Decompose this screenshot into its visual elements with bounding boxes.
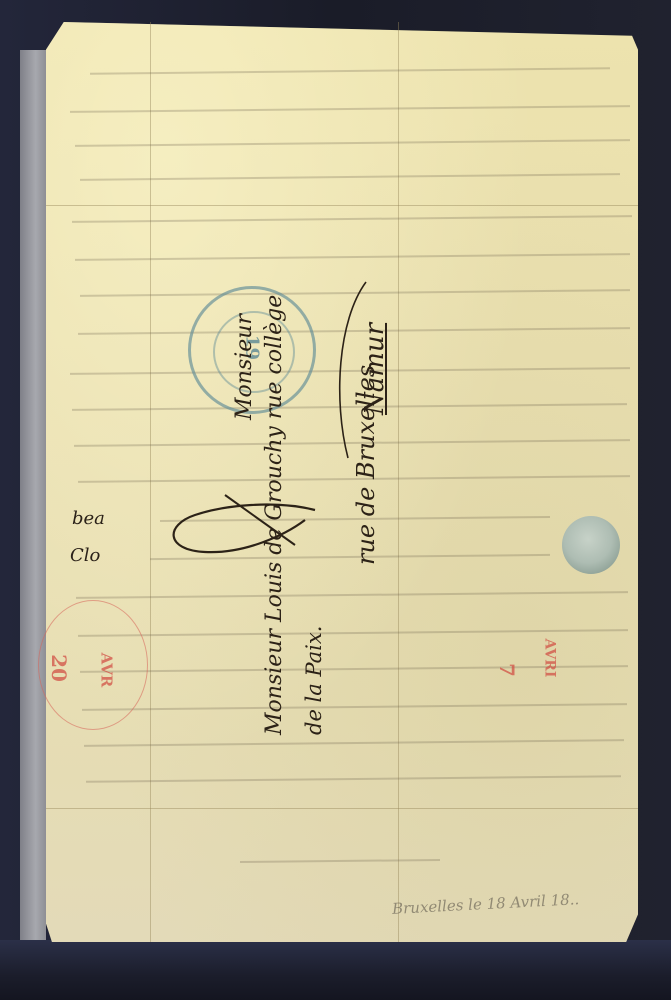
letter-paper	[46, 22, 638, 942]
fold-line	[150, 22, 151, 942]
ink-flourish	[165, 490, 325, 560]
postmark-month: AVR	[97, 653, 115, 688]
postmark-day: 7	[495, 663, 519, 677]
address-line-place: de la Paix.	[302, 626, 326, 735]
wax-seal	[562, 516, 620, 574]
address-salutation: Monsieur	[232, 314, 257, 420]
red-postmark-right: 7 AVRI	[492, 618, 572, 728]
address-city: Namur	[360, 323, 390, 415]
postmark-month: AVRI	[541, 639, 557, 678]
address-line-name: Monsieur Louis de Grouchy rue collège	[262, 295, 287, 735]
postmark-day: 20	[47, 654, 71, 682]
fold-line	[46, 808, 638, 809]
margin-note: Clo	[70, 545, 100, 566]
fold-line	[46, 205, 638, 206]
margin-note: bea	[72, 508, 105, 529]
fold-line	[398, 22, 399, 942]
frame-bottom-edge	[0, 940, 671, 1000]
red-postmark-left: 20 AVR	[38, 600, 148, 730]
mount-strip	[20, 50, 46, 940]
